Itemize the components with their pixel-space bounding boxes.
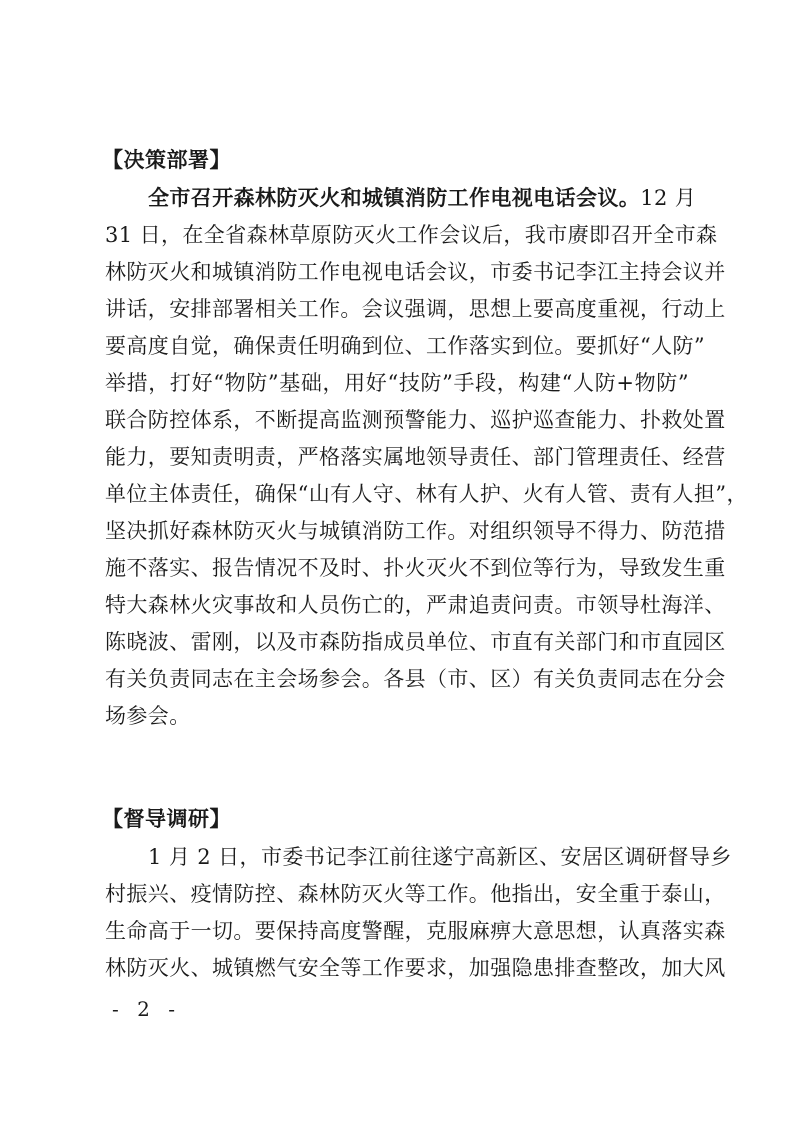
paragraph-lead-title: 全市召开森林防灭火和城镇消防工作电视电话会议。 (148, 186, 640, 210)
section-heading-supervision: 【督导调研】 (102, 805, 231, 833)
paragraph-line: 林防灭火、城镇燃气安全等工作要求，加强隐患排查整改，加大风 (105, 954, 689, 982)
paragraph-line: 坚决抓好森林防灭火与城镇消防工作。对组织领导不得力、防范措 (105, 517, 689, 545)
paragraph-line: 讲话，安排部署相关工作。会议强调，思想上要高度重视，行动上 (105, 295, 689, 323)
paragraph-line: 联合防控体系，不断提高监测预警能力、巡护巡查能力、扑救处置 (105, 406, 689, 434)
page-number: - 2 - (112, 996, 181, 1022)
document-page: 【决策部署】 全市召开森林防灭火和城镇消防工作电视电话会议。12 月 31 日，… (0, 0, 793, 1122)
paragraph-line: 林防灭火和城镇消防工作电视电话会议，市委书记李江主持会议并 (105, 258, 689, 286)
paragraph-line: 要高度自觉，确保责任明确到位、工作落实到位。要抓好“人防” (105, 332, 689, 360)
paragraph-text: 12 月 (640, 186, 696, 210)
paragraph-line: 举措，打好“物防”基础，用好“技防”手段，构建“人防+物防” (105, 369, 689, 397)
paragraph-line: 村振兴、疫情防控、森林防灭火等工作。他指出，安全重于泰山， (105, 880, 689, 908)
paragraph-line: 陈晓波、雷刚，以及市森防指成员单位、市直有关部门和市直园区 (105, 628, 689, 656)
paragraph-line: 能力，要知责明责，严格落实属地领导责任、部门管理责任、经营 (105, 443, 689, 471)
paragraph-line: 1 月 2 日，市委书记李江前往遂宁高新区、安居区调研督导乡 (148, 843, 689, 871)
section-heading-decision: 【决策部署】 (102, 146, 231, 174)
paragraph-line: 单位主体责任，确保“山有人守、林有人护、火有人管、责有人担”， (105, 480, 689, 508)
paragraph-line: 场参会。 (105, 702, 689, 730)
paragraph-line: 31 日，在全省森林草原防灭火工作会议后，我市赓即召开全市森 (105, 221, 689, 249)
paragraph-line: 特大森林火灾事故和人员伤亡的，严肃追责问责。市领导杜海洋、 (105, 591, 689, 619)
paragraph-line: 有关负责同志在主会场参会。各县（市、区）有关负责同志在分会 (105, 665, 689, 693)
paragraph-line: 全市召开森林防灭火和城镇消防工作电视电话会议。12 月 (148, 184, 689, 212)
paragraph-line: 生命高于一切。要保持高度警醒，克服麻痹大意思想，认真落实森 (105, 917, 689, 945)
paragraph-line: 施不落实、报告情况不及时、扑火灭火不到位等行为，导致发生重 (105, 554, 689, 582)
